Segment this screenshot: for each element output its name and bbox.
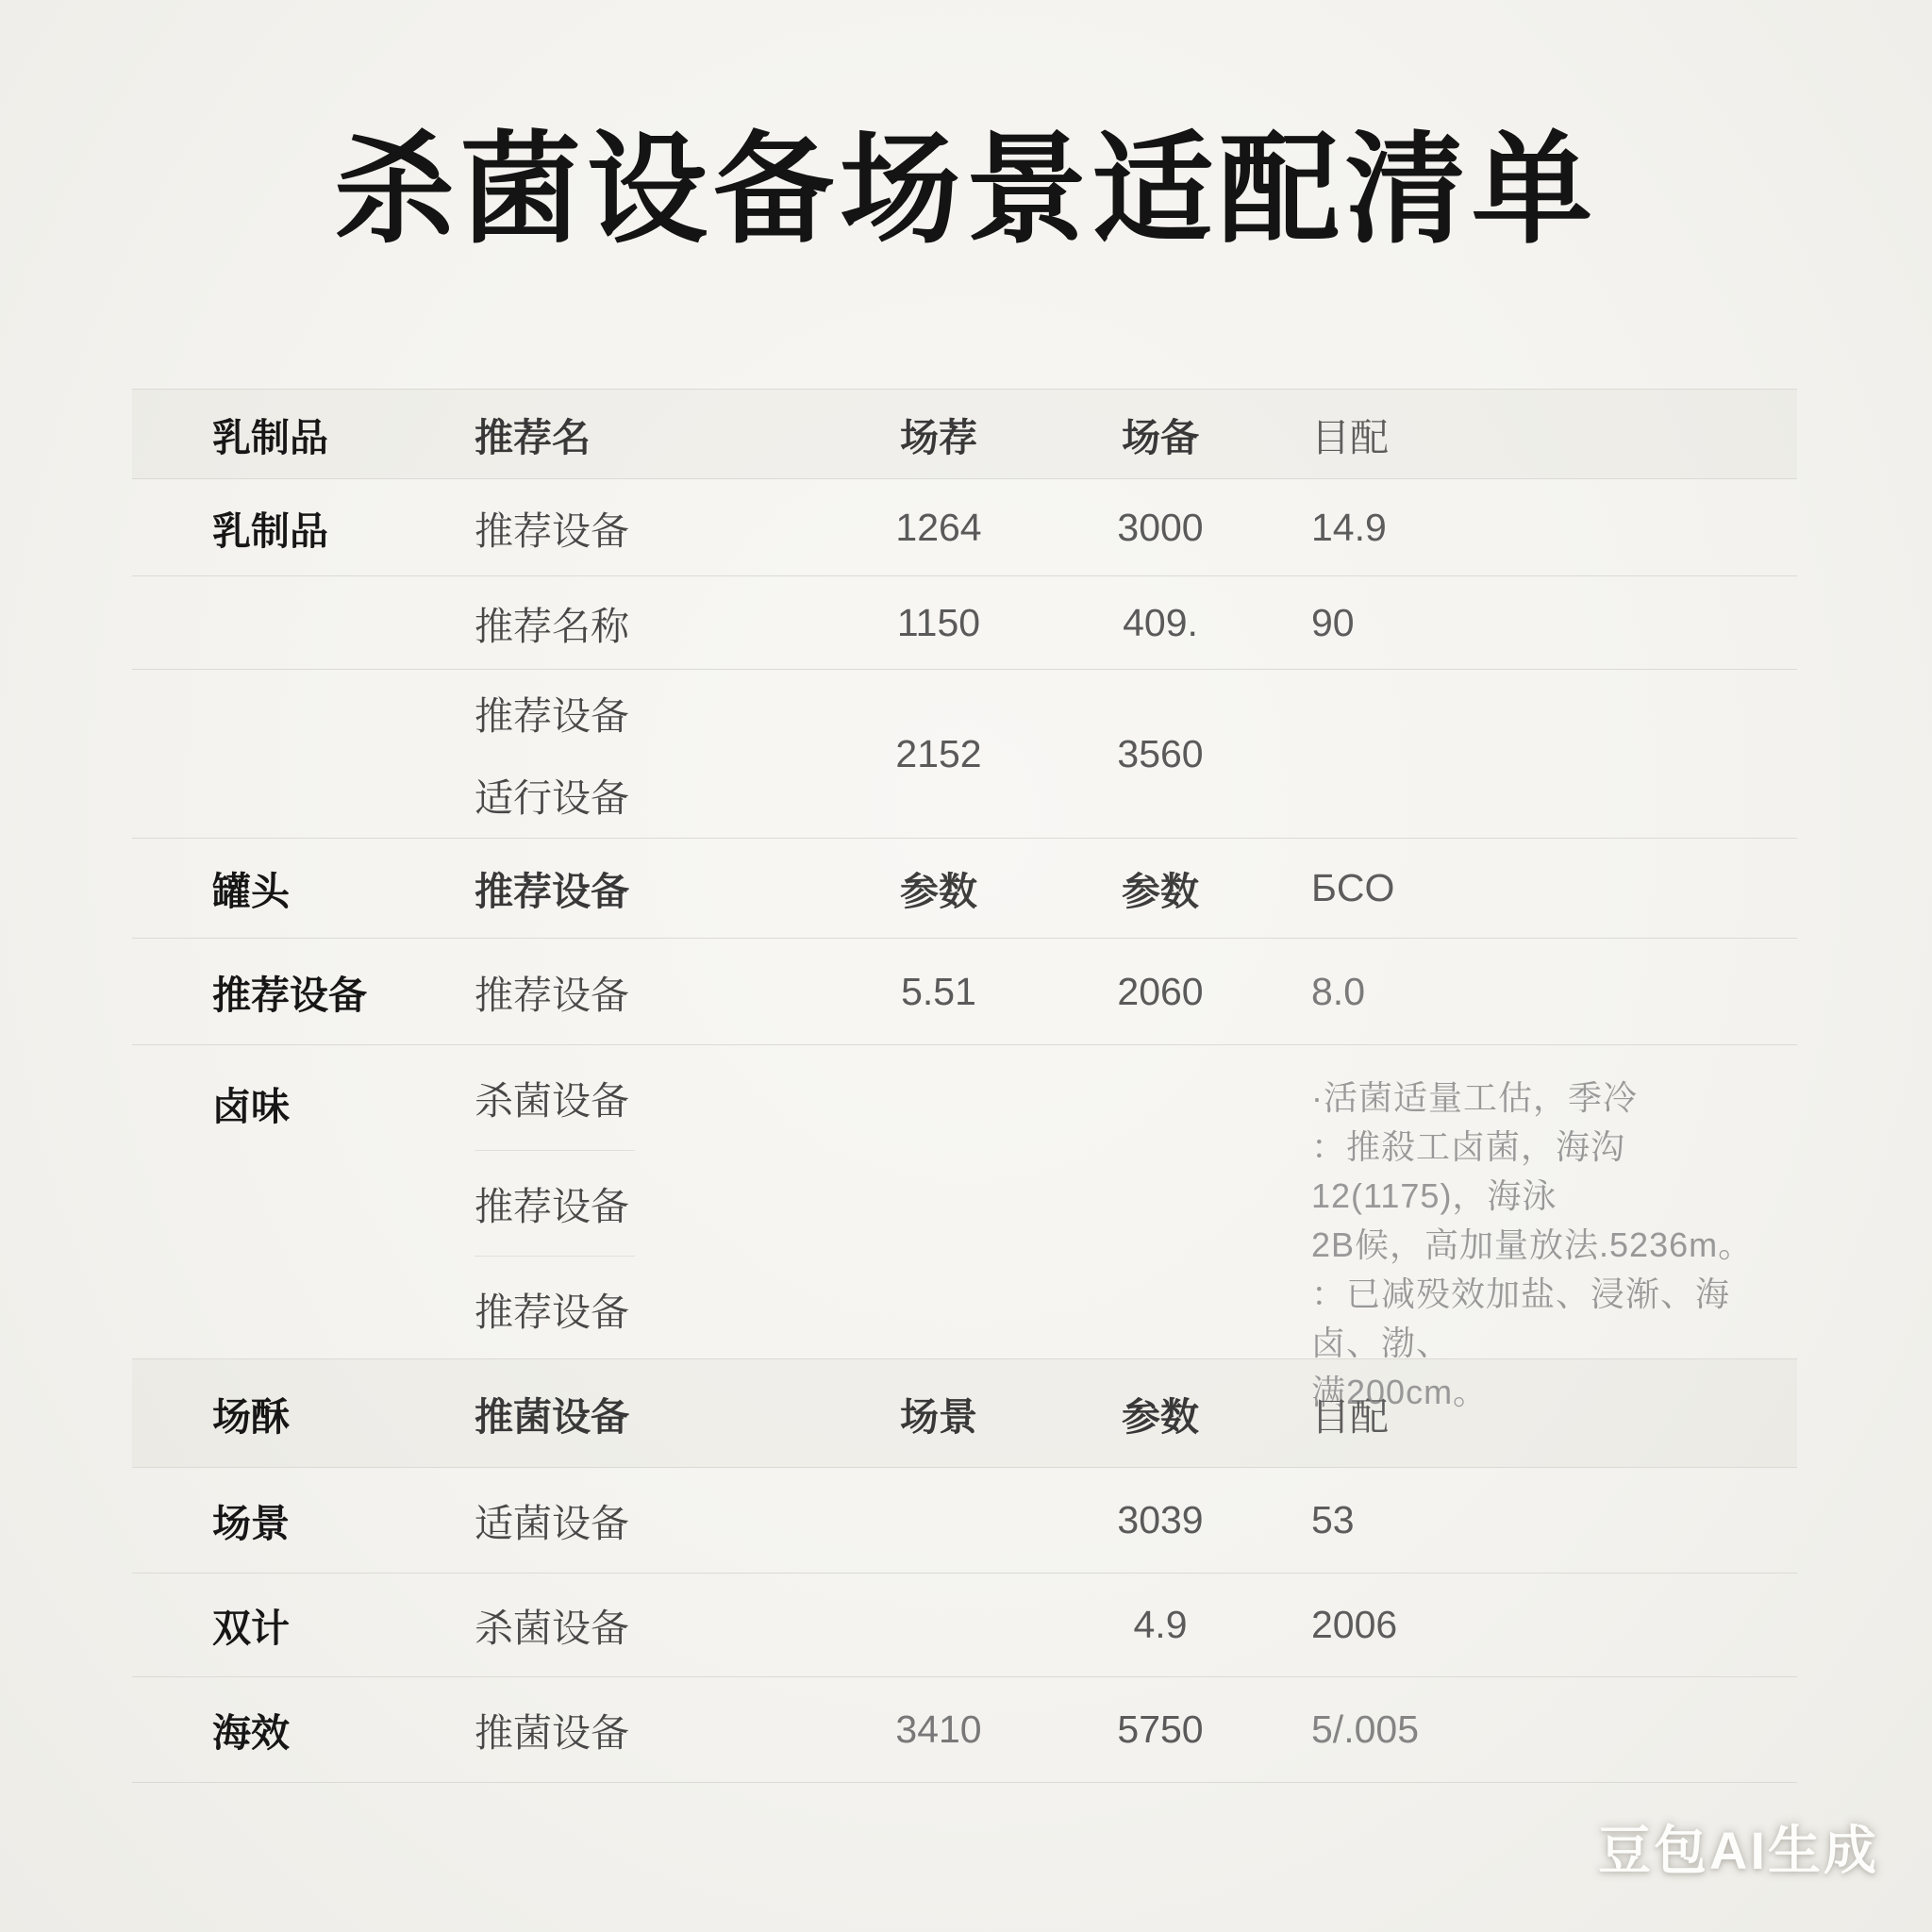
table-header-row: 乳制品 推荐名 场荐 场备 目配 — [132, 390, 1797, 479]
cell-param2: 2060 — [1047, 970, 1274, 1014]
cell-match: БCO — [1274, 866, 1797, 910]
cell-device: 杀菌设备 — [475, 1597, 830, 1653]
header-category: 场酥 — [132, 1386, 475, 1441]
cell-param2: 3560 — [1047, 732, 1274, 776]
cell-category: 海效 — [132, 1702, 475, 1757]
cell-param2: 3039 — [1047, 1498, 1274, 1542]
cell-category: 卤味 — [132, 1045, 475, 1131]
cell-device: 适菌设备 — [475, 1492, 830, 1548]
cell-device-stack: 杀菌设备 推荐设备 推荐设备 — [475, 1045, 830, 1417]
cell-param1: 参数 — [830, 860, 1047, 916]
table-row: 推荐设备 推荐设备 5.51 2060 8.0 — [132, 939, 1797, 1045]
cell-param1: 5.51 — [830, 970, 1047, 1014]
header-param2: 参数 — [1047, 1386, 1274, 1441]
cell-device: 推荐设备 — [475, 500, 830, 556]
cell-device: 推荐名称 — [475, 595, 830, 651]
cell-param2: 3000 — [1047, 506, 1274, 550]
table-row: 场景 适菌设备 3039 53 — [132, 1468, 1797, 1574]
header-param2: 场备 — [1047, 407, 1274, 462]
stack-item: 推荐设备 — [475, 1151, 635, 1257]
table-row: 双计 杀菌设备 4.9 2006 — [132, 1574, 1797, 1677]
cell-device-line1: 推荐设备 — [475, 685, 830, 741]
cell-category: 场景 — [132, 1492, 475, 1548]
header-device: 推荐名 — [475, 407, 830, 462]
header-match: 目配 — [1274, 1386, 1797, 1441]
cell-category: 推荐设备 — [132, 964, 475, 1020]
cell-param2: 5750 — [1047, 1707, 1274, 1752]
cell-match: 8.0 — [1274, 970, 1797, 1014]
stack-item: 推荐设备 — [475, 1257, 830, 1361]
cell-device: 推菌设备 — [475, 1702, 830, 1757]
cell-device-line2: 适行设备 — [475, 767, 830, 823]
cell-param1: 1150 — [830, 601, 1047, 645]
cell-device: 推荐设备 — [475, 860, 830, 916]
table-row: 推荐设备 适行设备 2152 3560 — [132, 670, 1797, 839]
note-line: ：推殺工卤菌，海沟12(1175)，海泳 — [1311, 1123, 1797, 1221]
note-line: 2B候，高加量放法.5236m。 — [1311, 1221, 1797, 1270]
cell-category: 乳制品 — [132, 500, 475, 556]
cell-param2: 参数 — [1047, 860, 1274, 916]
cell-match: 53 — [1274, 1498, 1797, 1542]
note-line: ·活菌适量工估，季冷 — [1311, 1074, 1797, 1123]
header-match: 目配 — [1274, 407, 1797, 462]
cell-match: 14.9 — [1274, 506, 1797, 550]
header-param1: 场荐 — [830, 407, 1047, 462]
cell-category: 罐头 — [132, 860, 475, 916]
note-line: ：已减殁效加盐、浸渐、海卤、渤、 — [1311, 1270, 1797, 1368]
watermark: 豆包AI生成 — [1598, 1809, 1879, 1885]
page-title: 杀菌设备场景适配清单 — [0, 121, 1932, 259]
header-device: 推菌设备 — [475, 1386, 830, 1441]
table-row: 罐头 推荐设备 参数 参数 БCO — [132, 839, 1797, 939]
cell-category: 双计 — [132, 1597, 475, 1653]
header-param1: 场景 — [830, 1386, 1047, 1441]
cell-param1: 1264 — [830, 506, 1047, 550]
stack-item: 杀菌设备 — [475, 1045, 635, 1151]
notes-block: ·活菌适量工估，季冷 ：推殺工卤菌，海沟12(1175)，海泳 2B候，高加量放… — [1274, 1045, 1797, 1417]
table-row: 海效 推菌设备 3410 5750 5/.005 — [132, 1677, 1797, 1783]
table-row: 推荐名称 1150 409. 90 — [132, 576, 1797, 670]
cell-param1: 2152 — [830, 732, 1047, 776]
cell-match: 2006 — [1274, 1603, 1797, 1647]
cell-device: 推荐设备 — [475, 964, 830, 1020]
table-row: 乳制品 推荐设备 1264 3000 14.9 — [132, 479, 1797, 576]
cell-match: 90 — [1274, 601, 1797, 645]
cell-device: 推荐设备 适行设备 — [475, 685, 830, 823]
cell-param2: 409. — [1047, 601, 1274, 645]
adaptation-table: 乳制品 推荐名 场荐 场备 目配 乳制品 推荐设备 1264 3000 14.9… — [132, 389, 1797, 1783]
cell-param1: 3410 — [830, 1707, 1047, 1752]
cell-param2: 4.9 — [1047, 1603, 1274, 1647]
header-category: 乳制品 — [132, 407, 475, 462]
table-row: 卤味 杀菌设备 推荐设备 推荐设备 ·活菌适量工估，季冷 ：推殺工卤菌，海沟12… — [132, 1045, 1797, 1359]
cell-match: 5/.005 — [1274, 1707, 1797, 1752]
